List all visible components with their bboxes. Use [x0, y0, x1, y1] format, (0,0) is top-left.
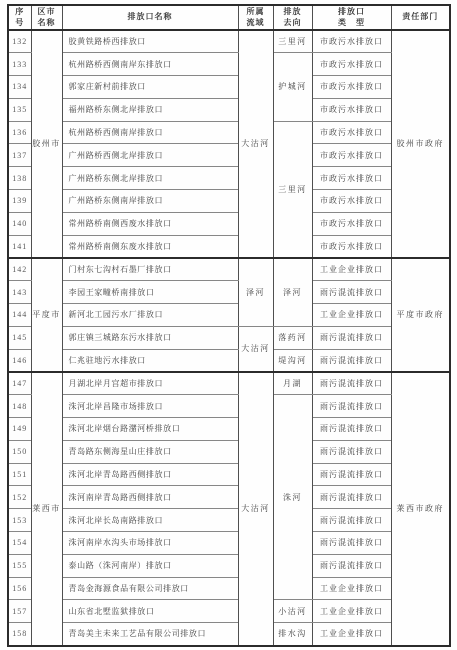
type-cell: 市政污水排放口 — [312, 190, 391, 213]
type-cell: 雨污混流排放口 — [312, 395, 391, 418]
no-cell: 156 — [8, 577, 31, 600]
name-cell: 洙河北岸长岛南路排放口 — [62, 509, 238, 532]
no-cell: 148 — [8, 395, 31, 418]
dest-cell: 小沽河 — [273, 600, 312, 623]
table-row-144: 144新河北工园污水厂排放口工业企业排放口 — [8, 304, 450, 327]
name-cell: 泰山路（洙河南岸）排放口 — [62, 554, 238, 577]
dest-cell: 泽河 — [273, 258, 312, 326]
name-cell: 洙河北岸昌隆市场排放口 — [62, 395, 238, 418]
no-cell: 153 — [8, 509, 31, 532]
dest-cell: 三里河 — [273, 121, 312, 258]
no-cell: 146 — [8, 349, 31, 372]
district-cell: 平度市 — [31, 258, 62, 372]
name-cell: 郭庄镇三城路东污水排放口 — [62, 326, 238, 349]
type-cell: 市政污水排放口 — [312, 167, 391, 190]
no-cell: 137 — [8, 144, 31, 167]
name-cell: 洙河北岸青岛路西侧排放口 — [62, 463, 238, 486]
name-cell: 常州路桥南侧西废水排放口 — [62, 212, 238, 235]
no-cell: 142 — [8, 258, 31, 281]
name-cell: 广州路桥东侧北岸排放口 — [62, 167, 238, 190]
name-cell: 杭州路桥西侧南岸排放口 — [62, 121, 238, 144]
dest-cell: 三里河 — [273, 30, 312, 53]
table-row-134: 134郭家庄新村前排放口市政污水排放口 — [8, 76, 450, 99]
type-cell: 雨污混流排放口 — [312, 326, 391, 349]
type-cell: 工业企业排放口 — [312, 577, 391, 600]
no-cell: 149 — [8, 418, 31, 441]
no-cell: 145 — [8, 326, 31, 349]
district-cell: 胶州市 — [31, 30, 62, 258]
type-cell: 雨污混流排放口 — [312, 532, 391, 555]
dest-cell: 堤沟河 — [273, 349, 312, 372]
name-cell: 山东省北墅监狱排放口 — [62, 600, 238, 623]
dept-cell: 莱西市政府 — [391, 372, 450, 646]
basin-cell: 大沽河 — [238, 30, 273, 258]
table-row-157: 157山东省北墅监狱排放口小沽河工业企业排放口 — [8, 600, 450, 623]
name-cell: 郭家庄新村前排放口 — [62, 76, 238, 99]
column-header-dest: 排放 去向 — [273, 5, 312, 30]
table-row-152: 152洙河南岸青岛路西侧排放口雨污混流排放口 — [8, 486, 450, 509]
table-row-154: 154洙河南岸水沟头市场排放口雨污混流排放口 — [8, 532, 450, 555]
basin-cell: 泽河 — [238, 258, 273, 326]
table-row-138: 138广州路桥东侧北岸排放口市政污水排放口 — [8, 167, 450, 190]
table-row-149: 149洙河北岸烟台路潴河桥排放口雨污混流排放口 — [8, 418, 450, 441]
no-cell: 135 — [8, 98, 31, 121]
table-header: 序 号区市 名称排放口名称所属 流域排放 去向排放口 类 型责任部门 — [8, 5, 450, 30]
no-cell: 134 — [8, 76, 31, 99]
table-row-135: 135福州路桥东侧北岸排放口市政污水排放口 — [8, 98, 450, 121]
type-cell: 雨污混流排放口 — [312, 418, 391, 441]
table-row-133: 133杭州路桥西侧南岸东排放口护城河市政污水排放口 — [8, 53, 450, 76]
table-row-132: 132胶州市胶黄铁路桥西排放口大沽河三里河市政污水排放口胶州市政府 — [8, 30, 450, 53]
name-cell: 洙河南岸青岛路西侧排放口 — [62, 486, 238, 509]
type-cell: 市政污水排放口 — [312, 53, 391, 76]
table-row-153: 153洙河北岸长岛南路排放口雨污混流排放口 — [8, 509, 450, 532]
type-cell: 市政污水排放口 — [312, 30, 391, 53]
dest-cell: 护城河 — [273, 53, 312, 121]
table-row-141: 141常州路桥南侧东废水排放口市政污水排放口 — [8, 235, 450, 258]
table-row-156: 156青岛金海源食品有限公司排放口工业企业排放口 — [8, 577, 450, 600]
name-cell: 青岛美主未来工艺品有限公司排放口 — [62, 623, 238, 646]
table-row-146: 146仁兆驻地污水排放口堤沟河雨污混流排放口 — [8, 349, 450, 372]
no-cell: 141 — [8, 235, 31, 258]
table-row-151: 151洙河北岸青岛路西侧排放口雨污混流排放口 — [8, 463, 450, 486]
type-cell: 雨污混流排放口 — [312, 486, 391, 509]
table-row-140: 140常州路桥南侧西废水排放口市政污水排放口 — [8, 212, 450, 235]
no-cell: 154 — [8, 532, 31, 555]
table-row-137: 137广州路桥西侧北岸排放口市政污水排放口 — [8, 144, 450, 167]
type-cell: 雨污混流排放口 — [312, 372, 391, 395]
column-header-name: 排放口名称 — [62, 5, 238, 30]
table-row-142: 142平度市门村东七沟村石墨厂排放口泽河泽河工业企业排放口平度市政府 — [8, 258, 450, 281]
column-header-dept: 责任部门 — [391, 5, 450, 30]
type-cell: 市政污水排放口 — [312, 212, 391, 235]
table-row-148: 148洙河北岸昌隆市场排放口洙河雨污混流排放口 — [8, 395, 450, 418]
type-cell: 雨污混流排放口 — [312, 509, 391, 532]
dept-cell: 胶州市政府 — [391, 30, 450, 258]
dept-cell: 平度市政府 — [391, 258, 450, 372]
column-header-basin: 所属 流域 — [238, 5, 273, 30]
type-cell: 雨污混流排放口 — [312, 463, 391, 486]
table-row-150: 150青岛路东侧海星山庄排放口雨污混流排放口 — [8, 440, 450, 463]
table-row-147: 147莱西市月湖北岸月宫超市排放口大沽河月湖雨污混流排放口莱西市政府 — [8, 372, 450, 395]
no-cell: 133 — [8, 53, 31, 76]
name-cell: 洙河北岸烟台路潴河桥排放口 — [62, 418, 238, 441]
name-cell: 青岛金海源食品有限公司排放口 — [62, 577, 238, 600]
type-cell: 市政污水排放口 — [312, 98, 391, 121]
basin-cell: 大沽河 — [238, 326, 273, 372]
table-row-155: 155泰山路（洙河南岸）排放口雨污混流排放口 — [8, 554, 450, 577]
no-cell: 152 — [8, 486, 31, 509]
name-cell: 常州路桥南侧东废水排放口 — [62, 235, 238, 258]
document-page: 序 号区市 名称排放口名称所属 流域排放 去向排放口 类 型责任部门 132胶州… — [0, 0, 457, 650]
type-cell: 市政污水排放口 — [312, 76, 391, 99]
table-body: 132胶州市胶黄铁路桥西排放口大沽河三里河市政污水排放口胶州市政府133杭州路桥… — [8, 30, 450, 646]
type-cell: 雨污混流排放口 — [312, 281, 391, 304]
dest-cell: 洙河 — [273, 395, 312, 600]
type-cell: 工业企业排放口 — [312, 623, 391, 646]
type-cell: 市政污水排放口 — [312, 144, 391, 167]
column-header-no: 序 号 — [8, 5, 31, 30]
no-cell: 157 — [8, 600, 31, 623]
name-cell: 月湖北岸月宫超市排放口 — [62, 372, 238, 395]
table-row-136: 136杭州路桥西侧南岸排放口三里河市政污水排放口 — [8, 121, 450, 144]
name-cell: 广州路桥东侧南岸排放口 — [62, 190, 238, 213]
district-cell: 莱西市 — [31, 372, 62, 646]
no-cell: 139 — [8, 190, 31, 213]
no-cell: 136 — [8, 121, 31, 144]
no-cell: 144 — [8, 304, 31, 327]
type-cell: 市政污水排放口 — [312, 235, 391, 258]
name-cell: 胶黄铁路桥西排放口 — [62, 30, 238, 53]
name-cell: 广州路桥西侧北岸排放口 — [62, 144, 238, 167]
no-cell: 151 — [8, 463, 31, 486]
name-cell: 福州路桥东侧北岸排放口 — [62, 98, 238, 121]
name-cell: 新河北工园污水厂排放口 — [62, 304, 238, 327]
name-cell: 青岛路东侧海星山庄排放口 — [62, 440, 238, 463]
no-cell: 155 — [8, 554, 31, 577]
dest-cell: 落药河 — [273, 326, 312, 349]
type-cell: 雨污混流排放口 — [312, 554, 391, 577]
basin-cell: 大沽河 — [238, 372, 273, 646]
name-cell: 李园王家疃桥南排放口 — [62, 281, 238, 304]
name-cell: 仁兆驻地污水排放口 — [62, 349, 238, 372]
type-cell: 市政污水排放口 — [312, 121, 391, 144]
no-cell: 140 — [8, 212, 31, 235]
name-cell: 杭州路桥西侧南岸东排放口 — [62, 53, 238, 76]
type-cell: 雨污混流排放口 — [312, 440, 391, 463]
no-cell: 158 — [8, 623, 31, 646]
type-cell: 工业企业排放口 — [312, 304, 391, 327]
type-cell: 工业企业排放口 — [312, 258, 391, 281]
discharge-outlet-table: 序 号区市 名称排放口名称所属 流域排放 去向排放口 类 型责任部门 132胶州… — [7, 4, 451, 647]
table-row-139: 139广州路桥东侧南岸排放口市政污水排放口 — [8, 190, 450, 213]
column-header-district: 区市 名称 — [31, 5, 62, 30]
no-cell: 132 — [8, 30, 31, 53]
dest-cell: 排水沟 — [273, 623, 312, 646]
no-cell: 138 — [8, 167, 31, 190]
name-cell: 门村东七沟村石墨厂排放口 — [62, 258, 238, 281]
header-row: 序 号区市 名称排放口名称所属 流域排放 去向排放口 类 型责任部门 — [8, 5, 450, 30]
table-row-143: 143李园王家疃桥南排放口雨污混流排放口 — [8, 281, 450, 304]
no-cell: 150 — [8, 440, 31, 463]
table-row-145: 145郭庄镇三城路东污水排放口大沽河落药河雨污混流排放口 — [8, 326, 450, 349]
no-cell: 143 — [8, 281, 31, 304]
column-header-type: 排放口 类 型 — [312, 5, 391, 30]
type-cell: 雨污混流排放口 — [312, 349, 391, 372]
table-row-158: 158青岛美主未来工艺品有限公司排放口排水沟工业企业排放口 — [8, 623, 450, 646]
dest-cell: 月湖 — [273, 372, 312, 395]
type-cell: 工业企业排放口 — [312, 600, 391, 623]
name-cell: 洙河南岸水沟头市场排放口 — [62, 532, 238, 555]
no-cell: 147 — [8, 372, 31, 395]
